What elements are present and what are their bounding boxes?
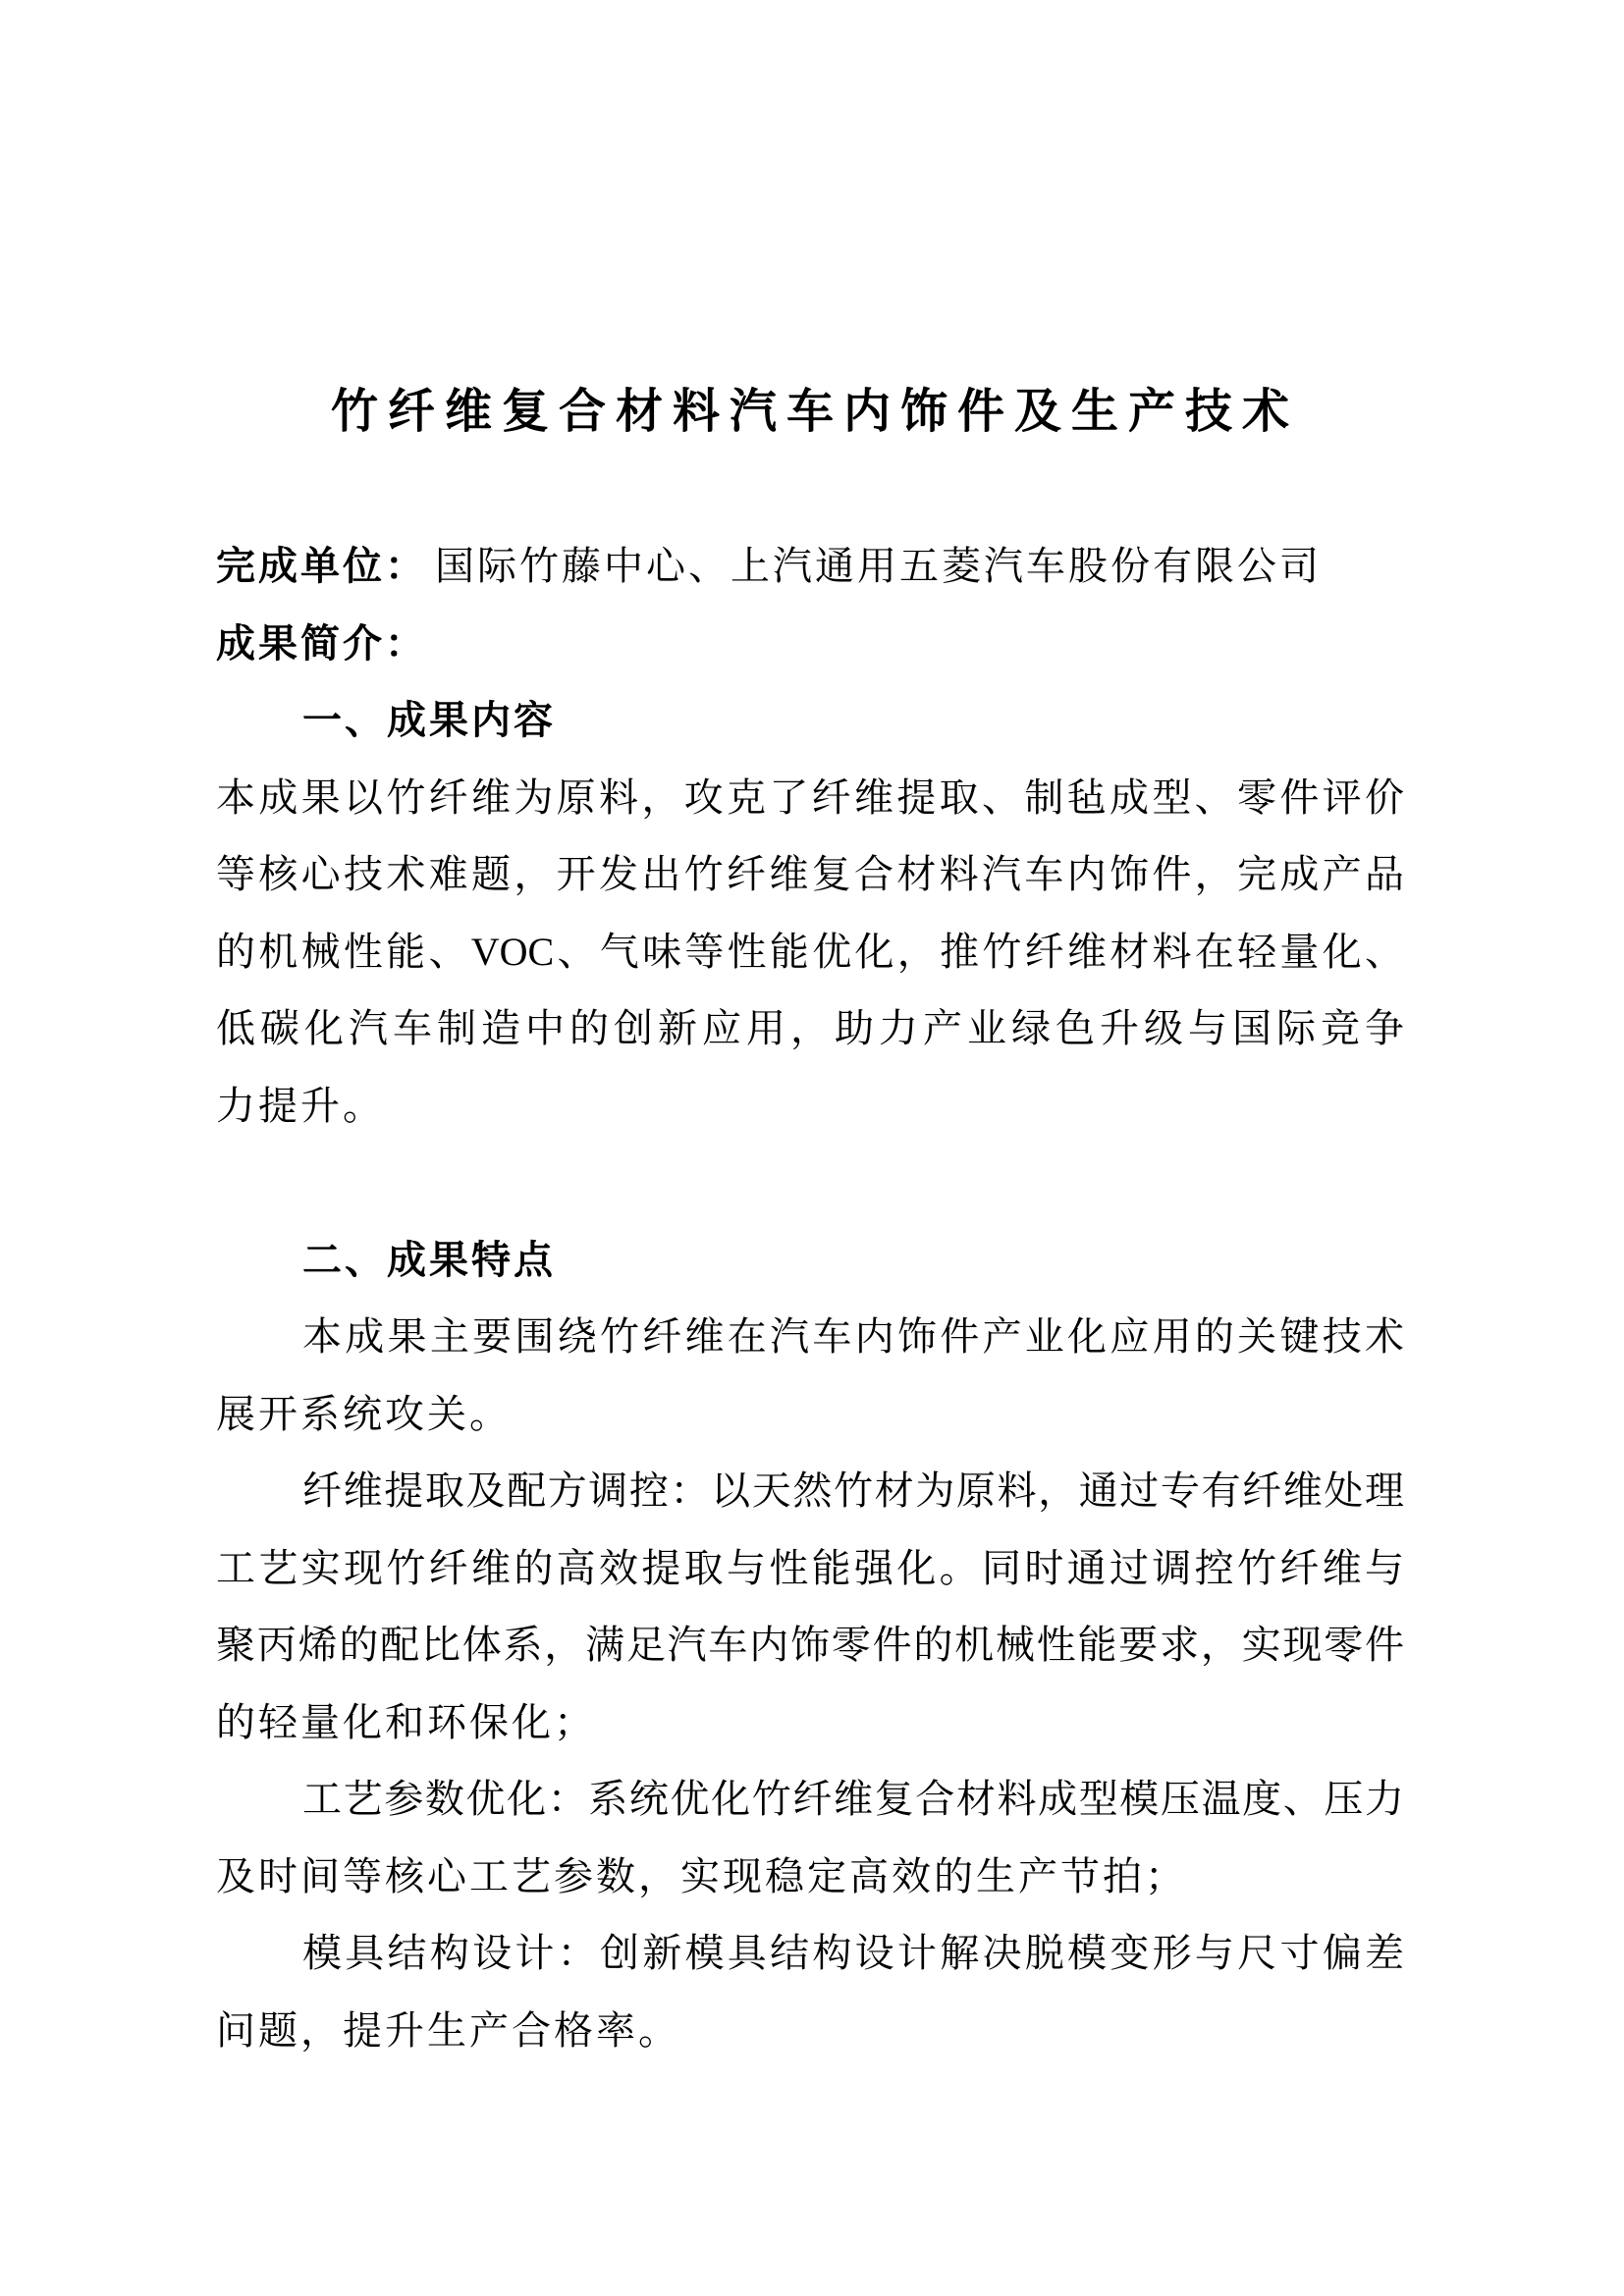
section-2-line-7: 工艺参数优化：系统优化竹纤维复合材料成型模压温度、压力 bbox=[216, 1761, 1404, 1839]
section-2-line-1: 本成果主要围绕竹纤维在汽车内饰件产业化应用的关键技术 bbox=[216, 1299, 1404, 1376]
section-1-line-4: 低碳化汽车制造中的创新应用，助力产业绿色升级与国际竞争 bbox=[216, 990, 1404, 1068]
section-1-line-1: 本成果以竹纤维为原料，攻克了纤维提取、制毡成型、零件评价 bbox=[216, 760, 1404, 837]
section-2-line-5: 聚丙烯的配比体系，满足汽车内饰零件的机械性能要求，实现零件 bbox=[216, 1607, 1404, 1684]
section-2-heading: 二、成果特点 bbox=[216, 1222, 1404, 1300]
blank-line bbox=[216, 452, 1404, 529]
section-2-line-4: 工艺实现竹纤维的高效提取与性能强化。同时通过调控竹纤维与 bbox=[216, 1530, 1404, 1608]
document-title: 竹纤维复合材料汽车内饰件及生产技术 bbox=[216, 374, 1404, 452]
section-1-line-3: 的机械性能、VOC、气味等性能优化，推竹纤维材料在轻量化、 bbox=[216, 914, 1404, 991]
section-1-heading: 一、成果内容 bbox=[216, 682, 1404, 760]
section-2-line-10: 问题，提升生产合格率。 bbox=[216, 1993, 1404, 2070]
section-2-line-6: 的轻量化和环保化； bbox=[216, 1684, 1404, 1762]
section-2-line-2: 展开系统攻关。 bbox=[216, 1376, 1404, 1454]
completed-by-line: 完成单位：国际竹藤中心、上汽通用五菱汽车股份有限公司 bbox=[216, 528, 1404, 606]
section-2-line-8: 及时间等核心工艺参数，实现稳定高效的生产节拍； bbox=[216, 1839, 1404, 1916]
completed-by-label: 完成单位： bbox=[216, 545, 427, 588]
section-2-line-3: 纤维提取及配方调控：以天然竹材为原料，通过专有纤维处理 bbox=[216, 1453, 1404, 1530]
intro-label: 成果简介： bbox=[216, 606, 1404, 683]
document-content: 竹纤维复合材料汽车内饰件及生产技术 完成单位：国际竹藤中心、上汽通用五菱汽车股份… bbox=[216, 374, 1404, 2069]
section-2-line-9: 模具结构设计：创新模具结构设计解决脱模变形与尺寸偏差 bbox=[216, 1915, 1404, 1993]
section-1-line-2: 等核心技术难题，开发出竹纤维复合材料汽车内饰件，完成产品 bbox=[216, 836, 1404, 914]
completed-by-value: 国际竹藤中心、上汽通用五菱汽车股份有限公司 bbox=[435, 544, 1322, 588]
blank-line bbox=[216, 1145, 1404, 1222]
document-page: 竹纤维复合材料汽车内饰件及生产技术 完成单位：国际竹藤中心、上汽通用五菱汽车股份… bbox=[0, 0, 1624, 2296]
section-1-line-5: 力提升。 bbox=[216, 1068, 1404, 1146]
